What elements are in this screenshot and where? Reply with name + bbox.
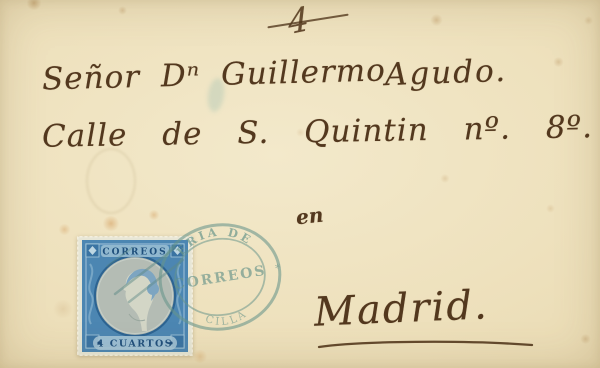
destination-city: Madrid. [313,282,489,336]
foxing-spot [580,334,591,344]
foxing-spot [52,300,74,318]
ring-stain [86,148,136,214]
address-line1-left: Señor Dⁿ Guillermo [42,53,387,98]
postal-cover-photo: 4 Señor Dⁿ Guillermo Agudo. Calle de S. … [0,0,600,368]
foxing-spot [26,0,42,10]
foxing-spot [58,224,71,235]
foxing-spot [584,16,593,25]
address-preposition: en [295,203,325,230]
cancel-side-mark: * [274,261,282,275]
address-line1-right: Agudo. [384,53,507,93]
foxing-spot [553,57,564,67]
foxing-spot [118,6,127,15]
oval-cancel-postmark: ERIA DE CORREOS CILLA * [148,210,293,345]
foxing-spot [102,216,120,231]
address-line2: Calle de S. Quintin nº. 8º. [42,109,594,155]
foxing-spot [546,204,555,213]
cancel-center-text: CORREOS [173,263,268,293]
destination-underline-flourish [316,336,538,352]
foxing-spot [440,174,450,183]
foxing-spot [430,14,443,26]
foxing-spot [192,350,208,363]
